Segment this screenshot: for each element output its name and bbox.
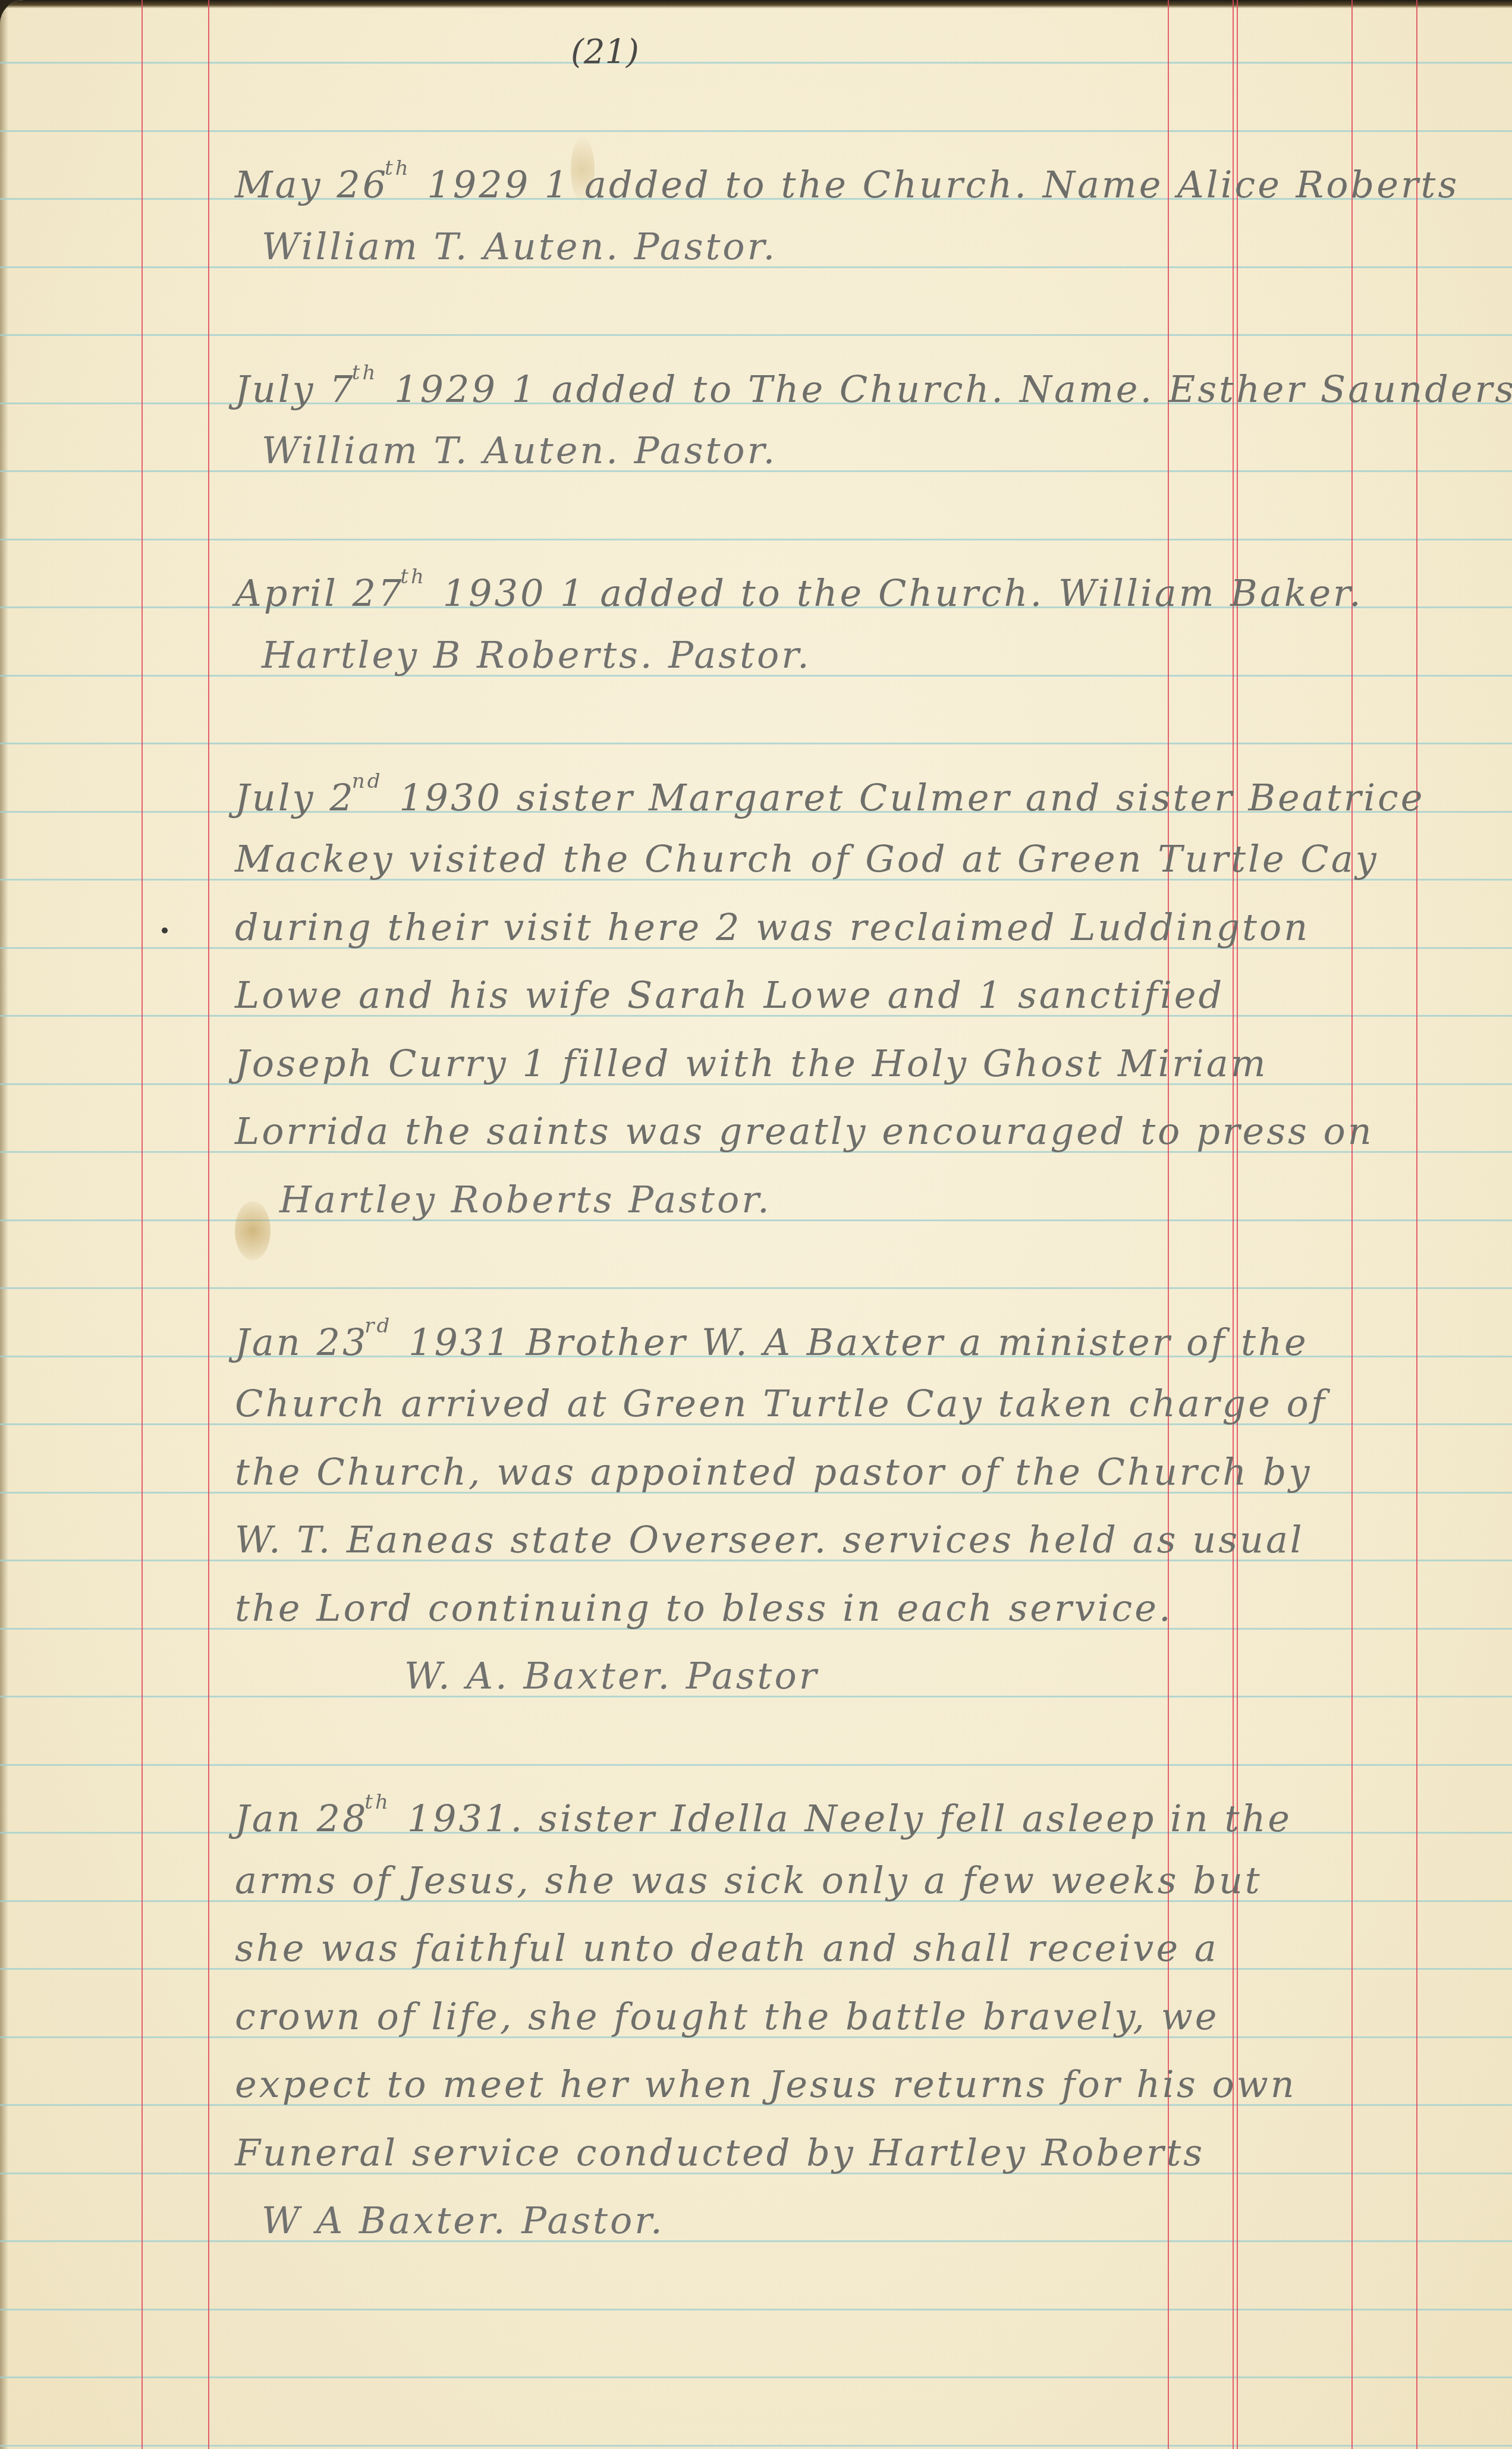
entry-line: Jan 23rd 1931 Brother W. A Baxter a mini… [235,1314,1309,1364]
entry-text: Joseph Curry 1 filled with the Holy Ghos… [235,1042,1268,1085]
entry-line: the Lord continuing to bless in each ser… [235,1586,1173,1630]
entry-text: the Lord continuing to bless in each ser… [235,1586,1173,1630]
entry-line: she was faithful unto death and shall re… [235,1926,1219,1970]
entry-text: 1931. sister Idella Neely fell asleep in… [393,1797,1292,1840]
entry-line: July 2nd 1930 sister Margaret Culmer and… [235,769,1425,819]
pastor-signature: William T. Auten. Pastor. [262,225,777,268]
page-number: (21) [571,33,639,71]
entry-text: W A Baxter. Pastor. [262,2199,665,2242]
entry-date: May 26 [235,163,388,206]
entry-date: Jan 23 [235,1321,368,1364]
entry-text: the Church, was appointed pastor of the … [235,1450,1312,1494]
pastor-signature: Hartley Roberts Pastor. [279,1178,772,1221]
entry-line: Joseph Curry 1 filled with the Holy Ghos… [235,1042,1268,1085]
entry-date: July 2 [235,776,356,819]
entry-text: during their visit here 2 was reclaimed … [235,906,1310,949]
entry-line: Lowe and his wife Sarah Lowe and 1 sanct… [235,973,1224,1017]
blue-rule [0,2309,1512,2310]
blue-rule [0,334,1512,336]
entry-line: Funeral service conducted by Hartley Rob… [235,2131,1205,2174]
pastor-signature: Hartley B Roberts. Pastor. [262,633,812,677]
entry-line: expect to meet her when Jesus returns fo… [235,2063,1297,2106]
blue-rule [0,62,1512,64]
entry-text: Hartley Roberts Pastor. [279,1178,772,1221]
entry-text: 1929 1 added to The Church. Name. Esther… [380,367,1512,411]
date-ordinal: th [364,1790,391,1814]
pastor-signature: W A Baxter. Pastor. [262,2199,665,2242]
blue-rule [0,539,1512,540]
entry-date: Jan 28 [235,1797,368,1840]
paper-stain [235,1201,271,1260]
left-margin-line [208,0,209,2449]
entry-text: she was faithful unto death and shall re… [235,1926,1219,1970]
date-ordinal: rd [364,1314,392,1338]
entry-text: W. A. Baxter. Pastor [404,1654,819,1697]
blue-rule [0,1764,1512,1766]
entry-text: 1930 sister Margaret Culmer and sister B… [385,776,1425,819]
entry-text: W. T. Eaneas state Overseer. services he… [235,1518,1304,1561]
entry-line: May 26th 1929 1 added to the Church. Nam… [235,156,1459,206]
entry-date: July 7 [235,367,356,411]
entry-line: arms of Jesus, she was sick only a few w… [235,1859,1262,1902]
entry-text: Hartley B Roberts. Pastor. [262,633,812,677]
entry-text: arms of Jesus, she was sick only a few w… [235,1859,1262,1902]
entry-text: crown of life, she fought the battle bra… [235,1995,1219,2038]
entry-line: the Church, was appointed pastor of the … [235,1450,1312,1494]
entry-date: April 27 [235,571,404,615]
entry-line: W. T. Eaneas state Overseer. services he… [235,1518,1304,1561]
entry-text: Lorrida the saints was greatly encourage… [235,1109,1374,1153]
entry-text: William T. Auten. Pastor. [262,429,777,472]
entry-line: Mackey visited the Church of God at Gree… [235,837,1379,881]
entry-line: April 27th 1930 1 added to the Church. W… [235,565,1363,615]
left-margin-line [142,0,143,2449]
entry-text: Funeral service conducted by Hartley Rob… [235,2131,1205,2174]
entry-text: Lowe and his wife Sarah Lowe and 1 sanct… [235,973,1224,1017]
date-ordinal: th [352,361,378,385]
entry-text: William T. Auten. Pastor. [262,225,777,268]
entry-text: Church arrived at Green Turtle Cay taken… [235,1382,1327,1425]
entry-text: 1931 Brother W. A Baxter a minister of t… [394,1321,1308,1364]
pastor-signature: William T. Auten. Pastor. [262,429,777,472]
entry-line: crown of life, she fought the battle bra… [235,1995,1219,2038]
blue-rule [0,2445,1512,2447]
entry-text: Mackey visited the Church of God at Gree… [235,837,1379,881]
ledger-page: (21) May 26th 1929 1 added to the Church… [0,0,1512,2449]
blue-rule [0,130,1512,132]
entry-text: 1930 1 added to the Church. William Bake… [429,571,1363,615]
entry-text: expect to meet her when Jesus returns fo… [235,2063,1297,2106]
blue-rule [0,2376,1512,2378]
date-ordinal: nd [352,769,383,793]
entry-line: during their visit here 2 was reclaimed … [235,906,1310,949]
entry-line: Church arrived at Green Turtle Cay taken… [235,1382,1327,1425]
date-ordinal: th [400,565,426,589]
date-ordinal: th [385,156,411,180]
entry-text: 1929 1 added to the Church. Name Alice R… [413,163,1460,206]
paper-speck [162,928,168,933]
pastor-signature: W. A. Baxter. Pastor [404,1654,819,1697]
page-left-edge [0,0,8,2449]
blue-rule [0,1287,1512,1289]
blue-rule [0,743,1512,744]
entry-line: July 7th 1929 1 added to The Church. Nam… [235,361,1512,411]
entry-line: Jan 28th 1931. sister Idella Neely fell … [235,1790,1292,1840]
blue-rule [0,2240,1512,2242]
entry-line: Lorrida the saints was greatly encourage… [235,1109,1374,1153]
page-top-edge [0,0,1512,8]
